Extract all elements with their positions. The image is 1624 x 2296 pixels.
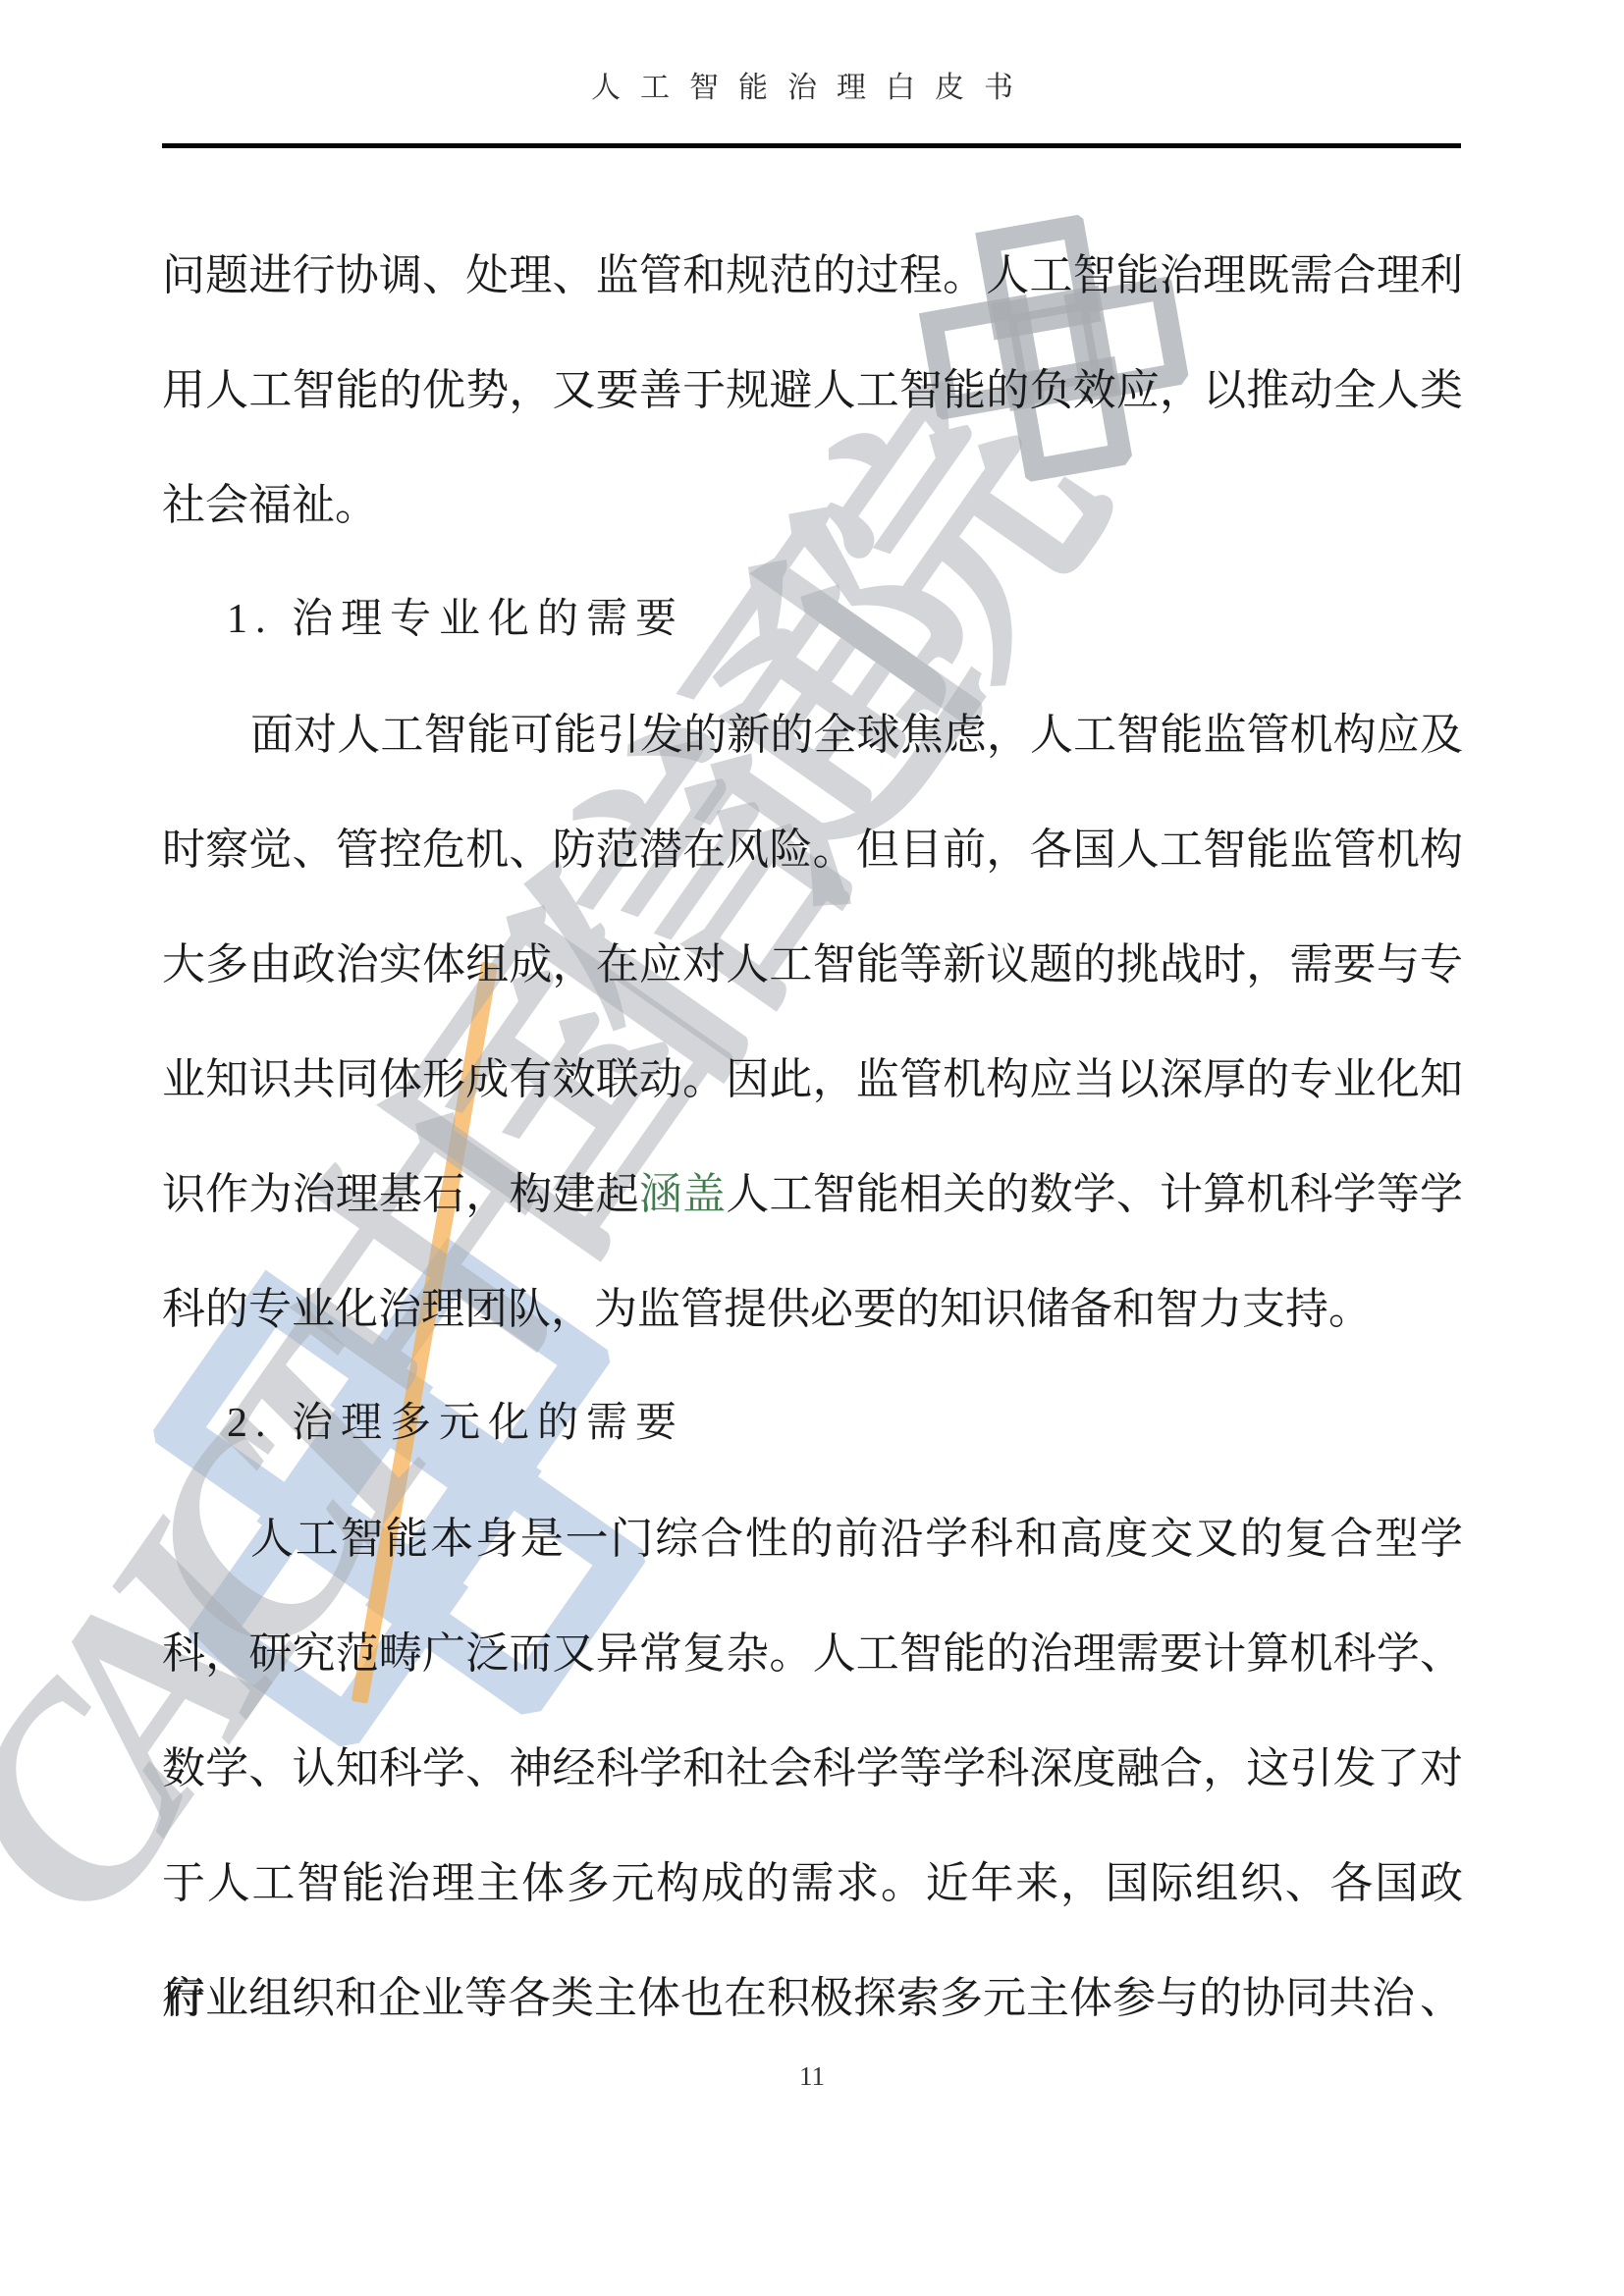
section-heading-2: 2. 治理多元化的需要 bbox=[162, 1366, 1463, 1481]
page-header-title: 人工智能治理白皮书 bbox=[0, 63, 1624, 106]
page-number: 11 bbox=[0, 2061, 1624, 2092]
section-heading-1: 1. 治理专业化的需要 bbox=[162, 562, 1463, 677]
body-line-p1-2: 用人工智能的优势，又要善于规避人工智能的负效应，以推动全人类 bbox=[162, 333, 1463, 448]
body-line-p3-5: 行业组织和企业等各类主体也在积极探索多元主体参与的协同共治 bbox=[162, 1941, 1463, 2056]
header-rule bbox=[162, 143, 1461, 148]
body-line-p3-3: 数学、认知科学、神经科学和社会科学等学科深度融合，这引发了对 bbox=[162, 1711, 1463, 1826]
text-segment: 识作为治理基石，构建起 bbox=[162, 1170, 639, 1218]
body-line-p2-5: 识作为治理基石，构建起涵盖人工智能相关的数学、计算机科学等学 bbox=[162, 1137, 1463, 1252]
body-content: 问题进行协调、处理、监管和规范的过程。人工智能治理既需合理利 用人工智能的优势，… bbox=[162, 218, 1463, 2056]
body-line-p1-3: 社会福祉。 bbox=[162, 448, 1463, 562]
body-line-p2-2: 时察觉、管控危机、防范潜在风险。但目前，各国人工智能监管机构 bbox=[162, 792, 1463, 907]
body-line-p3-4: 于人工智能治理主体多元构成的需求。近年来，国际组织、各国政府、 bbox=[162, 1826, 1463, 1941]
document-page: CAICT中国信通院 人工智能治理白皮书 问题进行协调、处理、监管和规范的过程。… bbox=[0, 0, 1624, 2296]
body-line-p2-4: 业知识共同体形成有效联动。因此，监管机构应当以深厚的专业化知 bbox=[162, 1022, 1463, 1137]
body-line-p3-2: 科，研究范畴广泛而又异常复杂。人工智能的治理需要计算机科学、 bbox=[162, 1596, 1463, 1711]
body-line-p1-1: 问题进行协调、处理、监管和规范的过程。人工智能治理既需合理利 bbox=[162, 218, 1463, 333]
watermark-tinted-text: 涵盖 bbox=[639, 1170, 726, 1218]
body-line-p2-6: 科的专业化治理团队，为监管提供必要的知识储备和智力支持。 bbox=[162, 1252, 1463, 1366]
text-segment: 人工智能相关的数学、计算机科学等学 bbox=[726, 1170, 1463, 1218]
body-line-p3-1: 人工智能本身是一门综合性的前沿学科和高度交叉的复合型学 bbox=[162, 1481, 1463, 1596]
body-line-p2-1: 面对人工智能可能引发的新的全球焦虑，人工智能监管机构应及 bbox=[162, 677, 1463, 792]
body-line-p2-3: 大多由政治实体组成，在应对人工智能等新议题的挑战时，需要与专 bbox=[162, 907, 1463, 1022]
